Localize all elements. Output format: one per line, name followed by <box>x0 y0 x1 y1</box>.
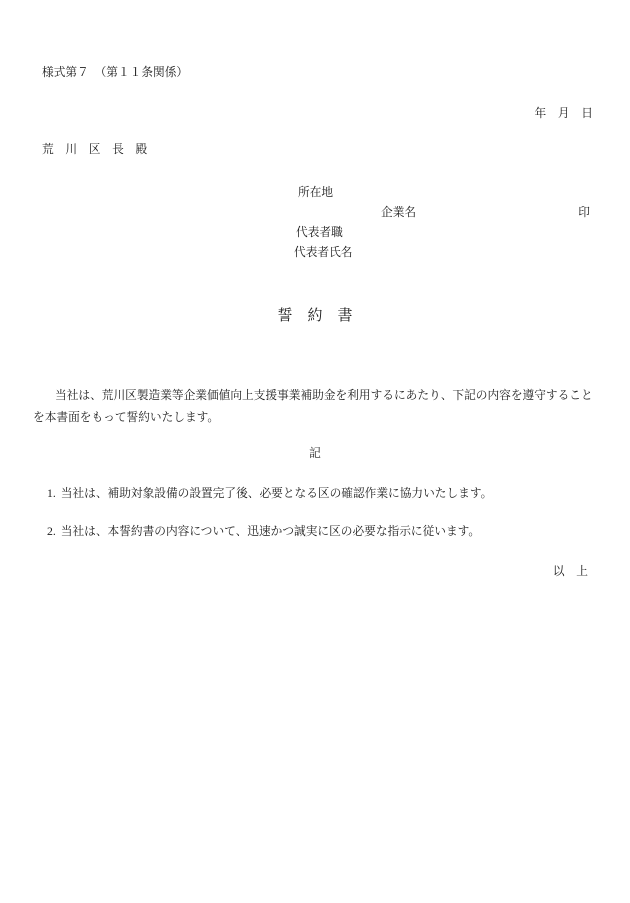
closing-line: 以 上 <box>553 564 588 579</box>
list-item: 2.当社は、本誓約書の内容について、迅速かつ誠実に区の必要な指示に従います。 <box>47 524 600 539</box>
representative-name-label: 代表者氏名 <box>294 245 352 260</box>
document-title: 誓 約 書 <box>0 306 630 326</box>
company-label: 企業名 <box>381 205 416 220</box>
address-label: 所在地 <box>298 185 333 200</box>
list-item-number: 1. <box>47 487 56 500</box>
list-item: 1.当社は、補助対象設備の設置完了後、必要となる区の確認作業に協力いたします。 <box>47 486 600 501</box>
list-item-text: 当社は、本誓約書の内容について、迅速かつ誠実に区の必要な指示に従います。 <box>61 525 480 538</box>
body-paragraph: 当社は、荒川区製造業等企業価値向上支援事業補助金を利用するにあたり、下記の内容を… <box>33 385 598 429</box>
form-number: 様式第７ （第１１条関係） <box>42 65 188 80</box>
representative-title-label: 代表者職 <box>296 225 343 240</box>
seal-label: 印 <box>578 205 590 220</box>
list-item-number: 2. <box>47 525 56 538</box>
date-line: 年 月 日 <box>535 106 593 121</box>
list-header: 記 <box>0 446 630 461</box>
company-row: 企業名 印 <box>381 205 590 220</box>
list-item-text: 当社は、補助対象設備の設置完了後、必要となる区の確認作業に協力いたします。 <box>61 487 493 500</box>
pledge-document-page: 様式第７ （第１１条関係） 年 月 日 荒 川 区 長 殿 所在地 企業名 印 … <box>0 0 630 903</box>
addressee-line: 荒 川 区 長 殿 <box>42 142 147 157</box>
